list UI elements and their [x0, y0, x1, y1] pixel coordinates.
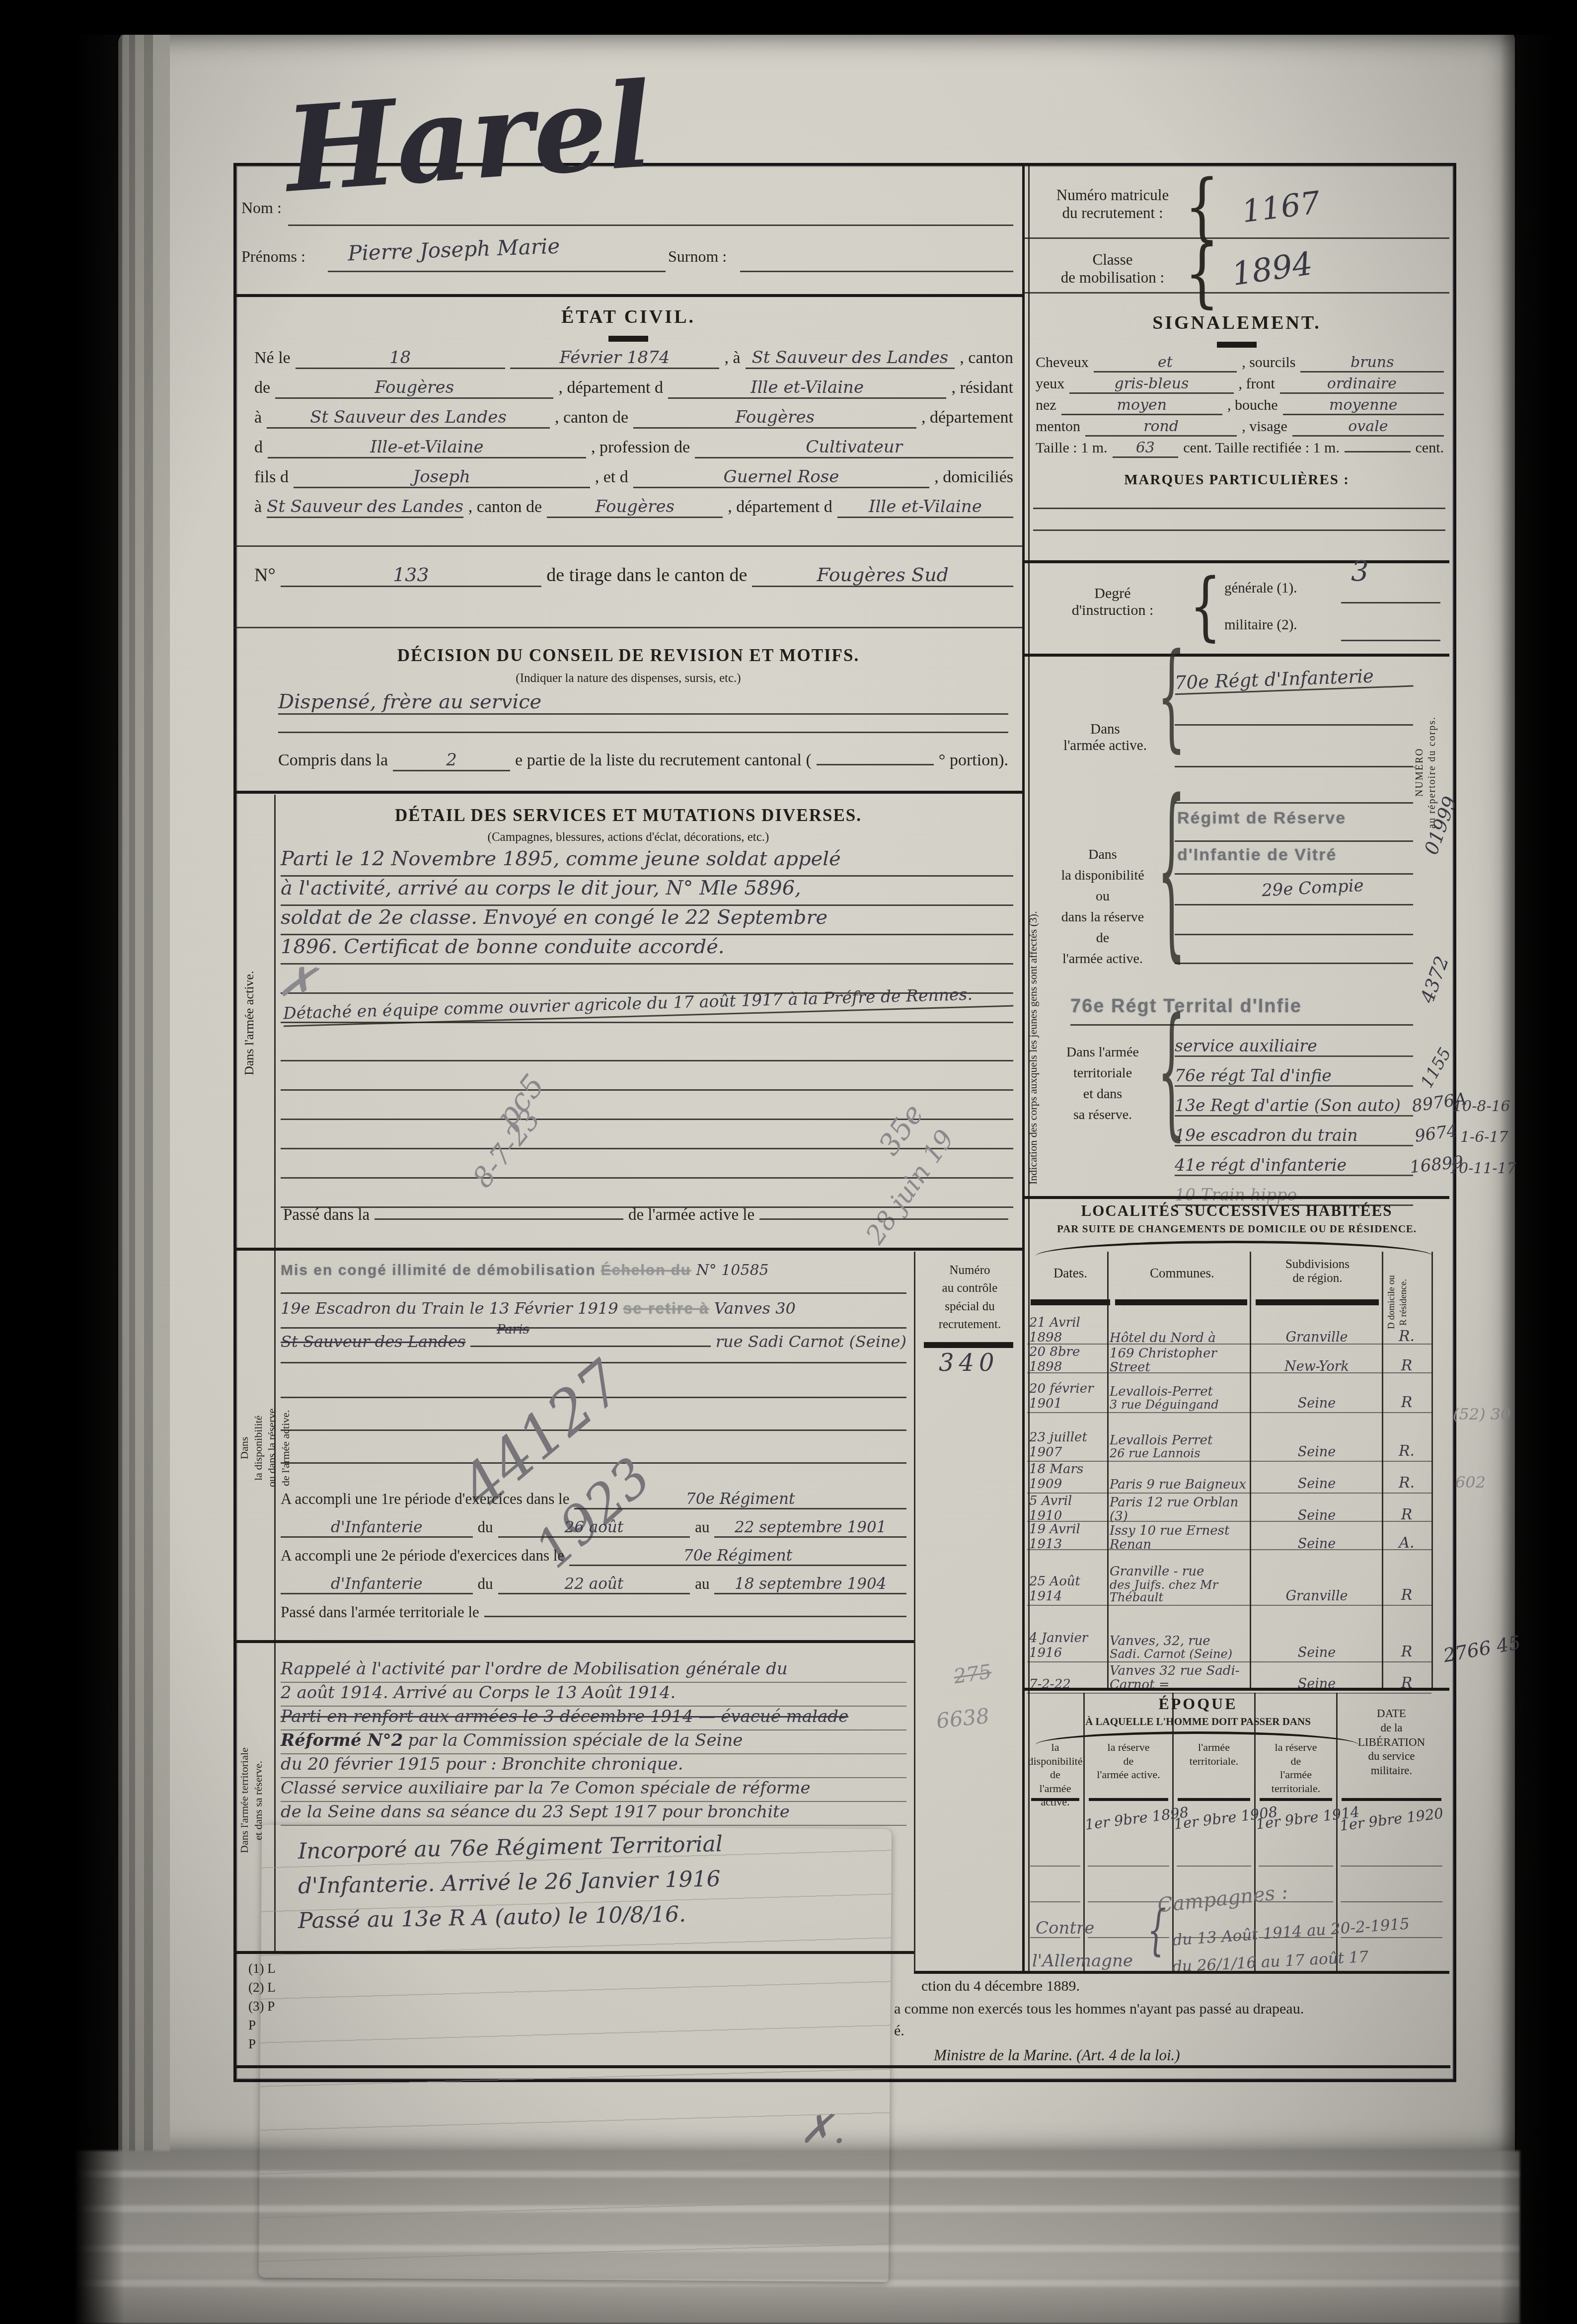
territoriale-segment: Classé service auxiliaire par la 7e Como…	[281, 1778, 811, 1798]
scan-shadow-left	[0, 0, 124, 2324]
periodes-block: A accompli une 1re période d'exercices d…	[281, 1490, 906, 1632]
corps-terr-label: Dans l'armée territoriale et dans sa rés…	[1041, 1042, 1165, 1125]
localites-commune: Issy 10 rue Ernest Renan	[1108, 1524, 1252, 1553]
territoriale-line: Rappelé à l'activité par l'ordre de Mobi…	[281, 1659, 906, 1683]
signalement-row: nezmoyen, bouchemoyenne	[1036, 396, 1444, 418]
signalement-row: Cheveuxet, sourcilsbruns	[1036, 354, 1444, 375]
epoque-bottom-rule	[914, 1971, 1449, 1974]
periode-segment: 22 septembre 1901	[714, 1518, 906, 1538]
etat-civil-title: ÉTAT CIVIL.	[447, 306, 810, 328]
conge-segment: 19e Escadron du Train le 13 Février 1919	[281, 1299, 618, 1318]
periode-segment: Passé dans l'armée territoriale le	[281, 1603, 479, 1621]
etat-civil-segment: 18	[296, 348, 505, 369]
surnom-label: Surnom :	[668, 247, 727, 266]
localites-date: 18 Mars 1909	[1027, 1462, 1108, 1493]
localites-dr-flag: R	[1382, 1394, 1431, 1412]
periode-3: Passé dans l'armée territoriale le	[281, 1603, 906, 1632]
territoriale-segment: du 20 février 1915 pour : Bronchite chro…	[281, 1754, 683, 1774]
etat-civil-segment: , canton de	[555, 408, 628, 427]
territoriale-segment: Parti en renfort aux armées le 3 décembr…	[281, 1707, 848, 1726]
dispo-bottom-rule	[233, 1640, 914, 1643]
passe-active-segment: Passé dans la	[283, 1206, 370, 1224]
territoriale-segment: 1914.	[627, 1683, 676, 1703]
territoriale-line: Réformé N°2 par la Commission spéciale d…	[281, 1730, 906, 1754]
conge-segment	[470, 1346, 710, 1347]
compris-segment: 2	[393, 750, 510, 771]
loc-tick-2	[1115, 1299, 1247, 1305]
periode-segment: au	[695, 1575, 709, 1593]
slip-lines: Incorporé au 76e Régiment Territoriald'I…	[298, 1834, 869, 1938]
etat-civil-segment: Fougères	[633, 407, 916, 429]
footnote-fragments: (1) L(2) L(3) PPP	[248, 1961, 308, 2055]
epoque-line2	[1030, 1901, 1080, 1902]
tirage-bottom-rule	[233, 627, 1023, 628]
territoriale-line: du 20 février 1915 pour : Bronchite chro…	[281, 1754, 906, 1778]
localites-date: 20 8bre 1898	[1027, 1345, 1108, 1375]
signalement-segment: Taille : 1 m.	[1036, 440, 1108, 456]
periode-segment	[484, 1616, 906, 1617]
localites-subdivision: Seine	[1252, 1536, 1382, 1553]
localites-col-communes: Communes.	[1113, 1266, 1252, 1281]
localites-row: 21 Avril 1898 Hôtel du Nord à Granville …	[1027, 1315, 1431, 1345]
signalement-segment: et	[1094, 354, 1237, 373]
signalement-segment: cent. Taille rectifiée : 1 m.	[1183, 440, 1340, 456]
signalement-tick	[1217, 342, 1257, 348]
epoque-column-value: 1er 9bre 1914	[1255, 1806, 1337, 1832]
periode-segment: 26 août	[498, 1518, 690, 1538]
epoque-column-value: 1er 9bre 1898	[1084, 1805, 1173, 1833]
etat-civil-segment: Février 1874	[510, 348, 720, 369]
compris-segment: ° portion).	[939, 751, 1008, 770]
territoriale-lines: Rappelé à l'activité par l'ordre de Mobi…	[281, 1659, 906, 1826]
localites-dr-flag: R	[1382, 1643, 1431, 1661]
periode-segment: 70e Régiment	[574, 1490, 906, 1509]
etat-civil-line: dIlle-et-Vilaine, profession deCultivate…	[254, 437, 1013, 467]
etat-civil-segment: St Sauveur des Landes	[267, 407, 550, 429]
corps-terr-row-text: 41e régt d'infanterie	[1175, 1155, 1347, 1175]
tirage-segment: Fougères Sud	[752, 564, 1013, 587]
etat-civil-line: fils dJoseph, et dGuernel Rose, domicili…	[254, 467, 1013, 497]
conge-rule-2	[281, 1327, 906, 1329]
campagne-contre: Contre	[1036, 1918, 1094, 1938]
epoque-line3	[1341, 1937, 1442, 1938]
epoque-column-rule	[1031, 1798, 1079, 1801]
localites-date: 25 Août 1914	[1027, 1574, 1108, 1605]
etat-civil-segment: Fougères	[275, 377, 553, 399]
scan-shadow-top	[0, 0, 1577, 35]
localites-subdivision: Seine	[1252, 1444, 1382, 1461]
corps-active-blank-1	[1175, 724, 1413, 726]
etat-civil-segment: fils d	[254, 468, 289, 487]
localites-date: 4 Janvier 1916	[1027, 1631, 1108, 1661]
corps-terr-row-text: 13e Regt d'artie (Son auto)	[1175, 1096, 1401, 1115]
corps-terr-row-text: 19e escadron du train	[1175, 1125, 1358, 1145]
etat-civil-segment: à	[254, 498, 262, 517]
matricule-rule	[1024, 237, 1449, 239]
scanned-register-page: Harel Nom : Prénoms : Pierre Joseph Mari…	[0, 0, 1577, 2324]
localites-subdivision: Granville	[1252, 1330, 1382, 1346]
conge-blank-3	[281, 1462, 906, 1464]
territoriale-line: Parti en renfort aux armées le 3 décembr…	[281, 1707, 906, 1730]
instruction-brace: {	[1190, 563, 1221, 650]
localites-commune: Granville - ruedes Juifs. chez Mr Thébau…	[1108, 1565, 1252, 1605]
periode-segment: au	[695, 1518, 709, 1536]
etat-civil-segment: Ille-et-Vilaine	[268, 437, 586, 458]
corps-dispo-blank-2	[1175, 963, 1413, 964]
conge-segment: St Sauveur des Landes	[281, 1332, 465, 1351]
signalement-segment: , front	[1239, 375, 1275, 392]
periode-segment: 22 août	[498, 1575, 690, 1594]
signalement-segment: ordinaire	[1280, 375, 1444, 394]
etat-civil-segment: , profession de	[591, 438, 690, 457]
localites-dr-flag: R	[1382, 1506, 1431, 1524]
territoriale-segment: par la Commission spéciale de la Seine	[408, 1730, 743, 1750]
signalement-segment: Cheveux	[1036, 354, 1089, 371]
etat-civil-segment: Ille et-Vilaine	[668, 377, 946, 399]
corps-76-rule	[1070, 1024, 1413, 1026]
epoque-line1	[1177, 1866, 1251, 1867]
localites-row: 19 Avril 1913 Issy 10 rue Ernest Renan S…	[1027, 1522, 1431, 1550]
epoque-line1	[1030, 1866, 1080, 1867]
localites-date: 19 Avril 1913	[1027, 1522, 1108, 1553]
conge-segment: Vanves 30	[714, 1299, 796, 1318]
localites-date: 23 juillet 1907	[1027, 1430, 1108, 1461]
localites-date: 20 février 1901	[1027, 1381, 1108, 1412]
periode-1b: d'Infanteriedu26 aoûtau22 septembre 1901	[281, 1518, 906, 1547]
signalement-segment: 63	[1113, 439, 1179, 458]
loc-tick-1	[1031, 1299, 1110, 1305]
instruction-bottom-rule	[1024, 654, 1449, 657]
slip-x-mark: ✗.	[800, 2106, 845, 2152]
signalement-segment: moyenne	[1283, 396, 1444, 415]
services-line: 1896. Certificat de bonne conduite accor…	[281, 935, 1013, 965]
localites-commune: Paris 12 rue Orblan (3)	[1108, 1496, 1252, 1524]
signalement-segment: cent.	[1416, 440, 1444, 456]
localites-subdivision: Seine	[1252, 1645, 1382, 1661]
localites-commune: Vanves, 32, rueSadi. Carnot (Seine)	[1108, 1635, 1252, 1661]
localites-row: 4 Janvier 1916 Vanves, 32, rueSadi. Carn…	[1027, 1606, 1431, 1662]
localites-title: LOCALITÉS SUCCESSIVES HABITÉES	[1024, 1202, 1449, 1220]
decision-title: DÉCISION DU CONSEIL DE REVISION ET MOTIF…	[298, 646, 959, 666]
localites-row: 18 Mars 1909 Paris 9 rue Baigneux Seine …	[1027, 1462, 1431, 1494]
armee-active-vertical-label: Dans l'armée active.	[241, 805, 271, 1242]
localites-dr-flag: R.	[1382, 1328, 1431, 1346]
services-line: Parti le 12 Novembre 1895, comme jeune s…	[281, 847, 1013, 877]
services-subtitle: (Campagnes, blessures, actions d'éclat, …	[298, 830, 959, 844]
corps-terr-row: 10 Train hippo	[1175, 1176, 1413, 1206]
localites-subdivision: Granville	[1252, 1588, 1382, 1605]
corps-dispo-brace: {	[1157, 761, 1186, 980]
passe-active-segment	[759, 1218, 1008, 1220]
territoriale-segment: de la Seine dans sa séance du 23 Sept 19…	[281, 1802, 790, 1822]
localites-subdivision: Seine	[1252, 1396, 1382, 1412]
etat-civil-segment: , canton de	[468, 498, 542, 517]
conge-segment: se retire à	[623, 1299, 709, 1318]
marques-blank-1	[1033, 508, 1445, 509]
etat-civil-line: àSt Sauveur des Landes, canton deFougère…	[254, 497, 1013, 526]
localites-rows: 21 Avril 1898 Hôtel du Nord à Granville …	[1027, 1315, 1431, 1694]
localites-commune: Levallois-Perret3 rue Déguingand	[1108, 1385, 1252, 1412]
etat-civil-bottom-rule	[233, 545, 1023, 547]
corps-terr-row: 19e escadron du train	[1175, 1117, 1413, 1146]
surname-large-script: Harel	[282, 67, 656, 209]
etat-civil-segment: Joseph	[294, 467, 590, 488]
surnom-rule	[740, 271, 1013, 272]
localites-col-subdiv: Subdivisions de région.	[1254, 1258, 1381, 1285]
passe-active-segment: de l'armée active le	[628, 1206, 754, 1224]
localites-date: 5 Avril 1910	[1027, 1494, 1108, 1524]
localites-commune: Levallois Perret26 rue Lannois	[1108, 1434, 1252, 1461]
signalement-segment: yeux	[1036, 375, 1064, 392]
epoque-column-rule	[1260, 1798, 1332, 1801]
territoriale-line: de la Seine dans sa séance du 23 Sept 19…	[281, 1802, 906, 1826]
localites-row: 20 8bre 1898 169 Christopher Street New-…	[1027, 1345, 1431, 1373]
loc-margin-52-30: (52) 30	[1453, 1405, 1511, 1424]
loc-vline-4	[1431, 1252, 1433, 1689]
etat-civil-segment: à	[254, 408, 262, 427]
corps-terr-row: service auxiliaire	[1175, 1027, 1413, 1057]
localites-dr-flag: R	[1382, 1357, 1431, 1375]
compris-segment	[817, 764, 934, 765]
territoriale-line: 2 août 1914. Arrivé au Corps le 13 Août1…	[281, 1683, 906, 1707]
passe-active-segment	[375, 1218, 623, 1220]
compris-line: Compris dans la2e partie de la liste du …	[278, 750, 1008, 771]
conge-segment: Mis en congé illimité de démobilisation	[281, 1262, 596, 1279]
corps-terr-date-1: 10-8-16	[1453, 1098, 1510, 1115]
compris-segment: Compris dans la	[278, 751, 388, 770]
classe-rule	[1024, 292, 1449, 294]
epoque-column-rule	[1178, 1798, 1250, 1801]
signalement-row: yeuxgris-bleus, frontordinaire	[1036, 375, 1444, 396]
prenoms-label: Prénoms :	[241, 247, 305, 266]
corps-terr-row: 76e régt Tal d'infie	[1175, 1057, 1413, 1087]
marques-label: MARQUES PARTICULIÈRES :	[1024, 472, 1449, 488]
instruction-generale-rule	[1341, 602, 1440, 603]
etat-civil-segment: Ille et-Vilaine	[837, 497, 1013, 518]
tirage-segment: de tirage dans le canton de	[546, 564, 747, 586]
signalement-rows: Cheveuxet, sourcilsbruns yeuxgris-bleus,…	[1036, 354, 1444, 460]
classe-label: Classe de mobilisation :	[1038, 251, 1187, 287]
signalement-segment: rond	[1085, 418, 1237, 437]
footer-frag-4: Ministre de la Marine. (Art. 4 de la loi…	[934, 2046, 1180, 2064]
localites-subdivision: Seine	[1252, 1508, 1382, 1524]
signalement-title: SIGNALEMENT.	[1024, 312, 1449, 334]
passe-active-line: Passé dans lade l'armée active le	[283, 1206, 1008, 1224]
conge-segment: rue Sadi Carnot (Seine)	[716, 1332, 906, 1351]
tirage-segment: N°	[254, 564, 276, 586]
epoque-column-label: la réserve de l'armée active.	[1085, 1740, 1172, 1782]
epoque-column-rule	[1089, 1798, 1168, 1801]
etat-civil-segment: , et d	[595, 468, 628, 487]
localites-row: 25 Août 1914 Granville - ruedes Juifs. c…	[1027, 1550, 1431, 1606]
etat-civil-lines: Né le18Février 1874, àSt Sauveur des Lan…	[254, 348, 1013, 526]
territoriale-segment: Rappelé à l'activité par l'ordre de Mobi…	[281, 1659, 788, 1679]
etat-civil-segment: Fougères	[547, 497, 723, 518]
corps-active-blank-2	[1175, 766, 1413, 767]
etat-civil-segment: d	[254, 438, 263, 457]
corps-terr-row-text: service auxiliaire	[1175, 1036, 1317, 1055]
etat-civil-segment: , canton	[960, 349, 1013, 368]
corps-bottom-rule	[1024, 1196, 1449, 1199]
localites-commune: Paris 9 rue Baigneux	[1108, 1478, 1252, 1493]
classe-brace: {	[1185, 230, 1219, 316]
signalement-segment: menton	[1036, 418, 1080, 435]
corps-terr-date-3: 10-11-17	[1449, 1160, 1516, 1177]
disponibilite-vertical-label: Dans la disponibilité ou dans la réserve…	[237, 1257, 273, 1639]
epoque-top-rule	[1024, 1688, 1449, 1691]
periode-1a: A accompli une 1re période d'exercices d…	[281, 1490, 906, 1518]
etat-civil-segment: St Sauveur des Landes	[267, 497, 463, 518]
decision-motif: Dispensé, frère au service	[278, 690, 1008, 715]
signalement-segment: , sourcils	[1242, 354, 1295, 371]
corps-dispo-blank-1	[1175, 934, 1413, 935]
signalement-row: Taille : 1 m.63cent. Taille rectifiée : …	[1036, 439, 1444, 460]
services-title: DÉTAIL DES SERVICES ET MUTATIONS DIVERSE…	[298, 806, 959, 825]
conge-line-2: 19e Escadron du Train le 13 Février 1919…	[281, 1299, 906, 1318]
corps-active-label: Dans l'armée active.	[1048, 721, 1162, 754]
pencil-x-mark: ✗	[275, 954, 319, 1010]
etat-civil-segment: Né le	[254, 349, 291, 368]
conge-line-1: Mis en congé illimité de démobilisationÉ…	[281, 1262, 906, 1279]
etat-civil-segment: , département	[921, 408, 1013, 427]
conge-rule-1	[281, 1292, 906, 1294]
epoque-column-label: l'armée territoriale.	[1174, 1740, 1254, 1768]
instruction-militaire-label: militaire (2).	[1224, 617, 1297, 633]
periode-segment: A accompli une 1re période d'exercices d…	[281, 1490, 569, 1508]
etat-civil-segment: Guernel Rose	[633, 467, 930, 488]
nom-rule	[288, 225, 1013, 226]
periode-segment: 70e Régiment	[569, 1547, 906, 1566]
epoque-line1	[1088, 1866, 1169, 1867]
matricule-label: Numéro matricule du recrutement :	[1038, 186, 1187, 222]
epoque-line2	[1341, 1901, 1442, 1902]
signalement-segment: gris-bleus	[1069, 375, 1233, 394]
periode-segment: d'Infanterie	[281, 1575, 473, 1594]
prenoms-rule	[328, 271, 666, 272]
nom-label: Nom :	[241, 199, 282, 217]
corps-terr-row: 13e Regt d'artie (Son auto)	[1175, 1087, 1413, 1117]
periode-segment: d'Infanterie	[281, 1518, 473, 1538]
epoque-line1	[1341, 1866, 1442, 1867]
corps-dispo-rule-3	[1175, 904, 1413, 905]
signalement-segment: moyen	[1061, 396, 1222, 415]
corps-terr-row-text: 76e régt Tal d'infie	[1175, 1066, 1332, 1085]
header-separator	[233, 294, 1023, 297]
instruction-generale-value: 3	[1351, 555, 1369, 588]
conge-segment: Échelon du	[601, 1262, 691, 1279]
etat-civil-line: Né le18Février 1874, àSt Sauveur des Lan…	[254, 348, 1013, 377]
corps-dispo-rule-2	[1175, 873, 1413, 875]
etat-civil-segment: Cultivateur	[695, 437, 1013, 458]
localites-row: 23 juillet 1907 Levallois Perret26 rue L…	[1027, 1413, 1431, 1462]
marques-blank-2	[1033, 529, 1445, 531]
tirage-line: N°133de tirage dans le canton deFougères…	[254, 564, 1013, 587]
corps-active-brace: {	[1157, 629, 1186, 764]
footnote-fragment: (3) P	[248, 1999, 308, 2018]
decision-bottom-rule	[233, 791, 1023, 794]
etat-civil-segment: , domiciliés	[934, 468, 1013, 487]
signalement-segment: nez	[1036, 397, 1056, 414]
periode-2b: d'Infanteriedu22 aoûtau18 septembre 1904	[281, 1575, 906, 1603]
footnote-separator	[233, 1951, 914, 1954]
corps-terr-rows: service auxiliaire 76e régt Tal d'infie …	[1175, 1027, 1413, 1206]
periode-segment: du	[478, 1518, 493, 1536]
periode-2a: A accompli une 2e période d'exercices da…	[281, 1547, 906, 1575]
epoque-column-rule	[1342, 1798, 1441, 1801]
localites-row: 5 Avril 1910 Paris 12 rue Orblan (3) Sei…	[1027, 1494, 1431, 1522]
instruction-generale-label: générale (1).	[1224, 580, 1297, 597]
blank-ruled-line	[281, 1061, 1013, 1091]
footnote-fragment: P	[248, 2018, 308, 2036]
campagne-pays: l'Allemagne	[1032, 1951, 1133, 1971]
instruction-militaire-rule	[1341, 640, 1440, 641]
services-line: à l'activité, arrivé au corps le dit jou…	[281, 877, 1013, 906]
services-bottom-rule	[233, 1248, 1023, 1251]
periode-segment: du	[478, 1575, 493, 1593]
epoque-column-value: 1er 9bre 1920	[1337, 1804, 1446, 1834]
epoque-line1	[1259, 1866, 1333, 1867]
controle-column-line	[914, 1252, 915, 1972]
signalement-segment: bruns	[1300, 354, 1444, 373]
tirage-segment: 133	[281, 564, 542, 587]
signalement-segment: ovale	[1292, 418, 1444, 437]
signalement-segment: , visage	[1242, 418, 1287, 435]
footer-frag-3: é.	[894, 2023, 904, 2039]
footnote-fragment: (2) L	[248, 1980, 308, 1999]
conge-line-3: St Sauveur des Landesrue Sadi Carnot (Se…	[281, 1332, 906, 1351]
loc-tick-3	[1256, 1299, 1379, 1305]
footer-frag-1: ction du 4 décembre 1889.	[921, 1978, 1080, 1995]
corps-76-stamp: 76e Régt Territal d'Infie	[1070, 996, 1302, 1017]
corps-dispo-stamp1: Régimt de Réserve	[1177, 809, 1346, 828]
localites-subdivision: New-York	[1252, 1359, 1382, 1375]
localites-dr-flag: A.	[1382, 1534, 1431, 1553]
left-margin-line	[274, 795, 276, 1952]
controle-value: 340	[939, 1349, 999, 1377]
localites-date: 21 Avril 1898	[1027, 1315, 1108, 1346]
footnote-fragment: (1) L	[248, 1961, 308, 1980]
territoriale-line: Classé service auxiliaire par la 7e Como…	[281, 1778, 906, 1802]
epoque-column-label: la réserve de l'armée territoriale.	[1256, 1740, 1336, 1795]
corps-dispo-stamp2: d'Infantie de Vitré	[1177, 845, 1337, 865]
periode-segment: 18 septembre 1904	[714, 1575, 906, 1594]
periode-segment: A accompli une 2e période d'exercices da…	[281, 1547, 564, 1565]
decision-blank-rule	[278, 732, 1008, 733]
conge-segment: N° 10585	[696, 1262, 768, 1279]
etat-civil-segment: , département d	[558, 378, 663, 397]
etat-civil-line: deFougères, département dIlle et-Vilaine…	[254, 377, 1013, 407]
localites-subdivision: Seine	[1252, 1476, 1382, 1493]
compris-segment: e partie de la liste du recrutement cant…	[515, 751, 812, 770]
etat-civil-segment: St Sauveur des Landes	[746, 348, 955, 369]
controle-tick	[924, 1342, 1013, 1348]
decision-subtitle: (Indiquer la nature des dispenses, sursi…	[298, 672, 959, 685]
campagne-brace: {	[1147, 1899, 1166, 1962]
signalement-bottom-rule	[1024, 560, 1449, 563]
epoque-column-value: 1er 9bre 1908	[1173, 1806, 1255, 1832]
corps-terr-date-2: 1-6-17	[1460, 1128, 1508, 1146]
signalement-segment	[1345, 451, 1411, 452]
etat-civil-segment: , département d	[728, 498, 832, 517]
controle-header: Numéro au contrôle spécial du recrutemen…	[919, 1262, 1021, 1334]
etat-civil-tick	[608, 336, 648, 342]
localites-dr-flag: R.	[1382, 1474, 1431, 1493]
corps-dispo-rule-1	[1175, 840, 1413, 842]
localites-commune: Hôtel du Nord à	[1108, 1332, 1252, 1346]
territoriale-segment: 2 août 1914. Arrivé au Corps le 13 Août	[281, 1683, 622, 1703]
footnote-fragment: P	[248, 2036, 308, 2055]
localites-row: 20 février 1901 Levallois-Perret3 rue Dé…	[1027, 1373, 1431, 1413]
